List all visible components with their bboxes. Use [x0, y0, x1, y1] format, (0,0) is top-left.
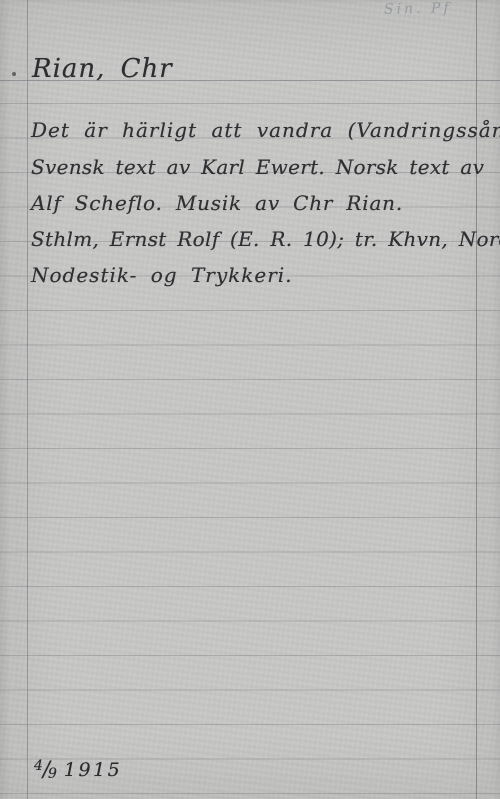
text-line-norwegian-credit: Alf Scheflo. Musik av Chr Rian. [31, 189, 403, 217]
date-month: 9 [48, 766, 57, 782]
left-margin-rule [27, 0, 28, 799]
title-line: Det är härligt att vandra (Vandringssång… [31, 116, 500, 144]
pencil-annotation: Sin. Pf [384, 0, 452, 17]
text-line-swedish-credit: Svensk text av Karl Ewert. Norsk text av [31, 153, 484, 181]
date-day: 4 [34, 758, 43, 774]
text-line-publisher: Sthlm, Ernst Rolf (E. R. 10); tr. Khvn, … [31, 225, 500, 253]
date-year: 1915 [64, 759, 122, 781]
card-heading-author: Rian, Chr [32, 54, 173, 84]
date-notation: 4/91915 [34, 757, 122, 782]
text-line-printer: Nodestik- og Trykkeri. [31, 261, 293, 289]
catalog-card: Sin. Pf Rian, Chr Det är härligt att van… [0, 0, 500, 799]
margin-ink-dot [12, 72, 16, 76]
